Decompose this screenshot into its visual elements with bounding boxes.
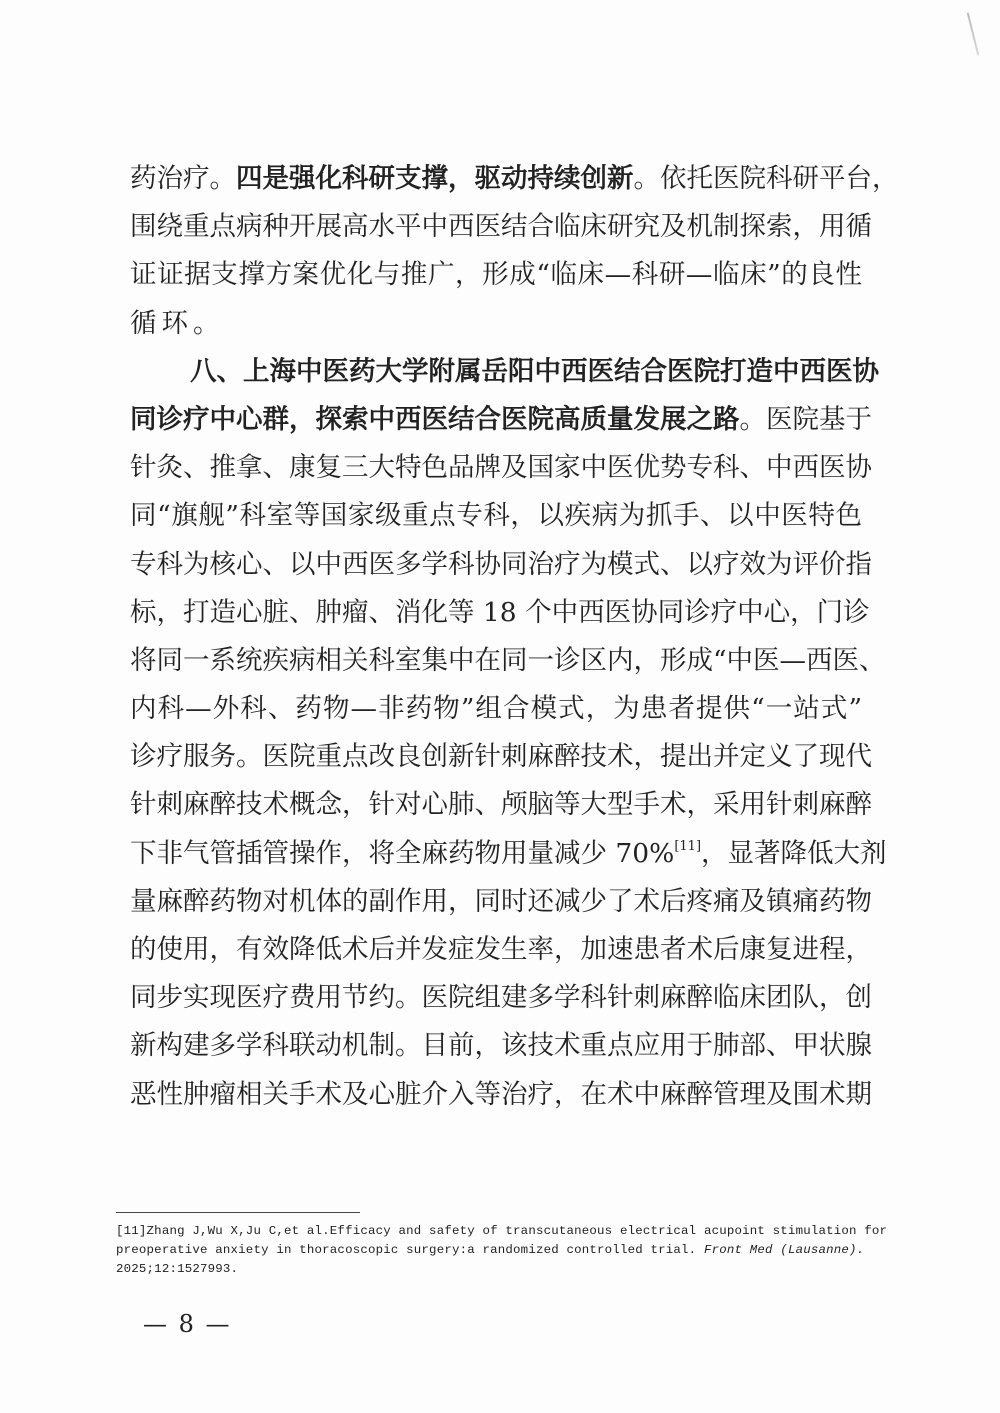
document-page: 药治疗。四是强化科研支撑，驱动持续创新。依托医院科研平台， 围绕重点病种开展高水…	[0, 0, 1000, 1413]
text-line: 的使用，有效降低术后并发症发生率，加速患者术后康复进程，	[130, 926, 862, 974]
text-segment: 。依托医院科研平台，	[634, 163, 899, 194]
text-line: 新构建多学科联动机制。目前，该技术重点应用于肺部、甲状腺	[130, 1022, 862, 1070]
citation-marker[interactable]: [11]	[674, 839, 701, 854]
bold-emphasis: 四是强化科研支撑，驱动持续创新	[236, 163, 634, 194]
footnote-line: [11]Zhang J,Wu X,Ju C,et al.Efficacy and…	[116, 1222, 862, 1241]
section-heading-continued: 同诊疗中心群，探索中西医结合医院高质量发展之路	[130, 404, 740, 435]
text-line: 围绕重点病种开展高水平中西医结合临床研究及机制探索，用循	[130, 203, 862, 251]
text-line: 量麻醉药物对机体的副作用，同时还减少了术后疼痛及镇痛药物	[130, 878, 862, 926]
text-segment: 下非气管插管操作，将全麻药物用量减少 70%	[130, 838, 674, 869]
text-line: 证证据支撑方案优化与推广，形成“临床—科研—临床”的良性	[130, 251, 862, 299]
section-heading: 八、上海中医药大学附属岳阳中西医结合医院打造中西医协	[130, 348, 862, 396]
footnote-line: preoperative anxiety in thoracoscopic su…	[116, 1241, 862, 1260]
text-line: 针刺麻醉技术概念，针对心肺、颅脑等大型手术，采用针刺麻醉	[130, 781, 862, 829]
footnote-text: preoperative anxiety in thoracoscopic su…	[116, 1243, 696, 1257]
footnote-line: 2025;12:1527993.	[116, 1260, 862, 1279]
text-line: 针灸、推拿、康复三大特色品牌及国家中医优势专科、中西医协	[130, 444, 862, 492]
text-line: 内科—外科、药物—非药物”组合模式，为患者提供“一站式”	[130, 685, 862, 733]
text-line: 标，打造心脏、肿瘤、消化等 18 个中西医协同诊疗中心，门诊	[130, 589, 862, 637]
text-line: 将同一系统疾病相关科室集中在同一诊区内，形成“中医—西医、	[130, 637, 862, 685]
footnote: [11]Zhang J,Wu X,Ju C,et al.Efficacy and…	[116, 1222, 862, 1279]
body-text: 药治疗。四是强化科研支撑，驱动持续创新。依托医院科研平台， 围绕重点病种开展高水…	[130, 155, 862, 1119]
text-line: 专科为核心、以中西医多学科协同治疗为模式、以疗效为评价指	[130, 541, 862, 589]
page-number: — 8 —	[143, 1310, 232, 1338]
text-line: 同“旗舰”科室等国家级重点专科，以疾病为抓手、以中医特色	[130, 492, 862, 540]
text-segment: ，显著降低大剂	[701, 838, 887, 869]
text-line: 诊疗服务。医院重点改良创新针刺麻醉技术，提出并定义了现代	[130, 733, 862, 781]
text-line: 恶性肿瘤相关手术及心脏介入等治疗，在术中麻醉管理及围术期	[130, 1071, 862, 1119]
footnote-divider	[116, 1212, 360, 1213]
journal-name: Front Med (Lausanne).	[704, 1243, 864, 1257]
text-segment: 药治疗。	[130, 163, 236, 194]
text-segment: 。医院基于	[740, 404, 873, 435]
text-line: 同步实现医疗费用节约。医院组建多学科针刺麻醉临床团队，创	[130, 974, 862, 1022]
scan-artifact-mark	[967, 12, 980, 55]
text-line: 同诊疗中心群，探索中西医结合医院高质量发展之路。医院基于	[130, 396, 862, 444]
text-line: 药治疗。四是强化科研支撑，驱动持续创新。依托医院科研平台，	[130, 155, 862, 203]
text-line: 下非气管插管操作，将全麻药物用量减少 70%[11]，显著降低大剂	[130, 830, 862, 878]
text-line: 循环。	[130, 300, 862, 348]
